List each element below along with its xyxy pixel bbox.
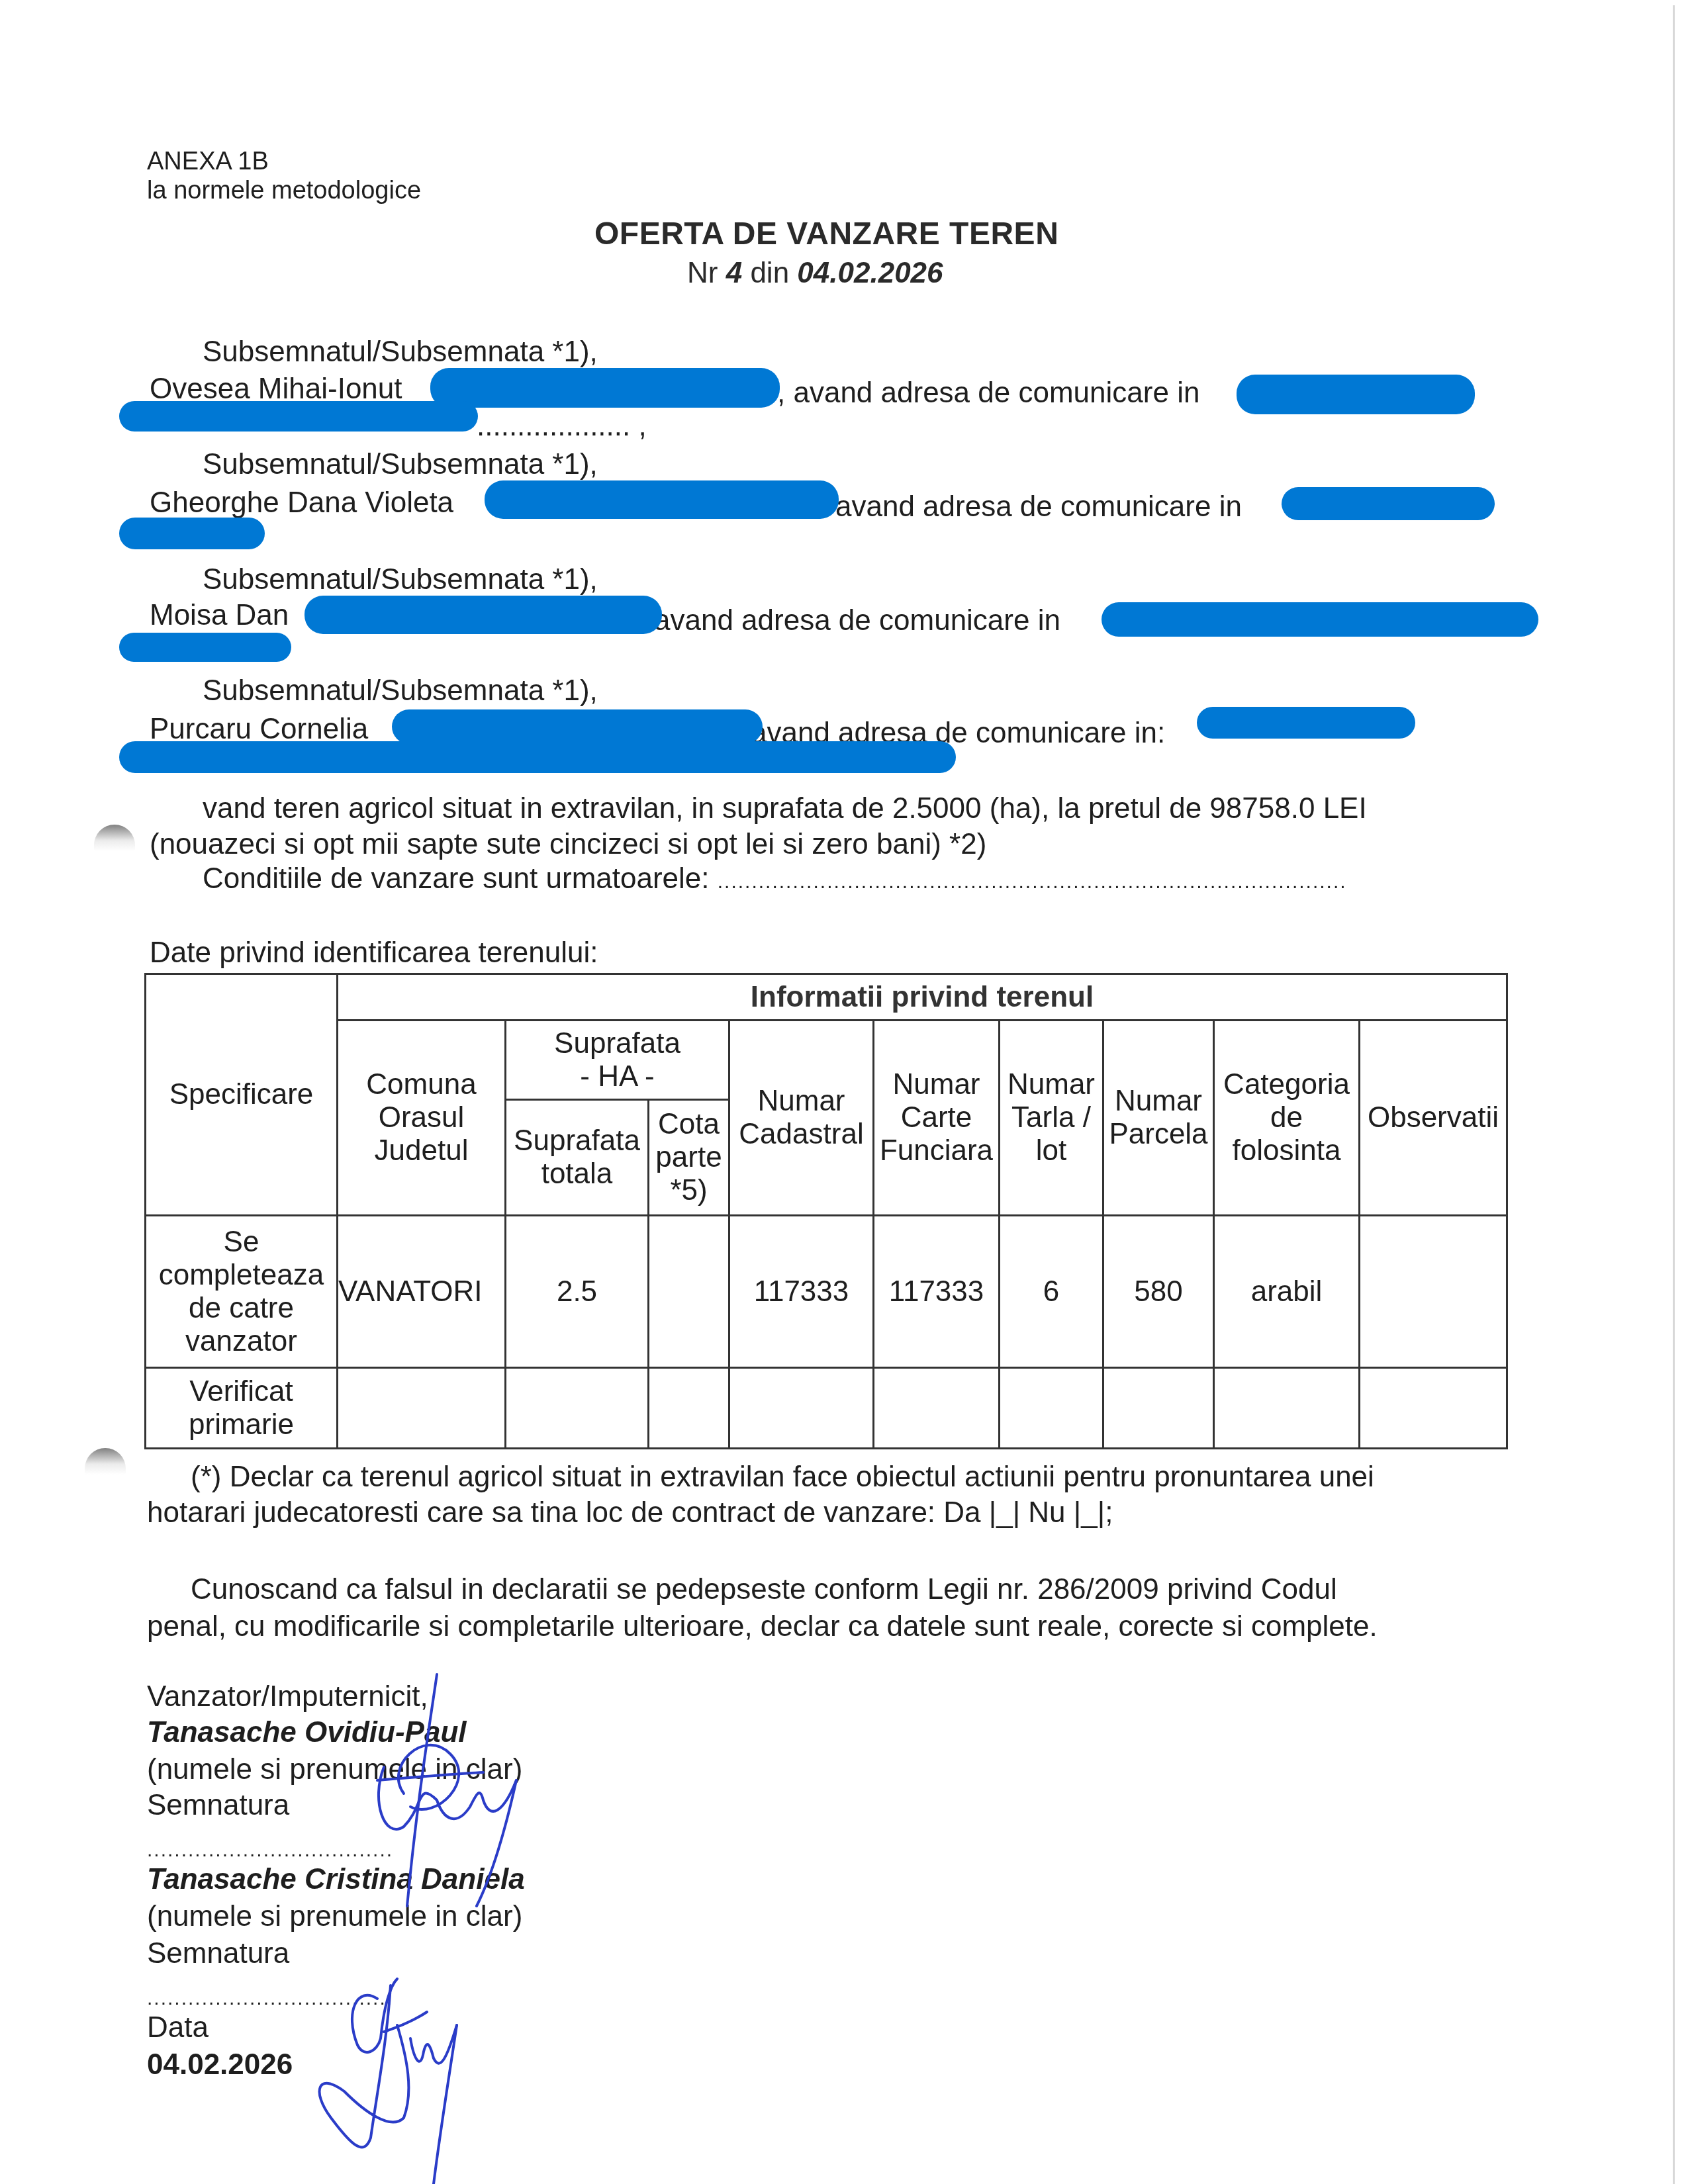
header-text: - HA - [506, 1060, 728, 1093]
header-text: Numar [1104, 1085, 1213, 1118]
cell-numar-tarla: 6 [1000, 1216, 1103, 1368]
header-text: Suprafata [506, 1027, 728, 1060]
redaction-seller-4-id [392, 709, 763, 744]
cell-observatii [1360, 1368, 1507, 1449]
table-row-vanzator: Se completeaza de catre vanzator VANATOR… [146, 1216, 1507, 1368]
header-text: Suprafata [506, 1124, 647, 1158]
header-specificare: Specificare [146, 974, 338, 1216]
redaction-seller-1-id [430, 368, 780, 408]
date-value: 04.02.2026 [147, 2048, 293, 2082]
header-text: Tarla / [1000, 1101, 1102, 1134]
header-text: Carte [874, 1101, 998, 1134]
seller-2-address-label: avand adresa de comunicare in [835, 490, 1242, 524]
seller-2-intro: Subsemnatul/Subsemnata *1), [203, 447, 598, 482]
seller-3-intro: Subsemnatul/Subsemnata *1), [203, 563, 598, 597]
redaction-seller-4-address-cont [119, 741, 956, 773]
seller-4-intro: Subsemnatul/Subsemnata *1), [203, 674, 598, 708]
offer-statement: vand teren agricol situat in extravilan,… [203, 792, 1367, 826]
redaction-seller-3-address [1102, 602, 1538, 637]
redaction-seller-2-address-cont [119, 518, 265, 549]
declaration-line-1: (*) Declar ca terenul agricol situat in … [191, 1460, 1374, 1494]
row-label: Verificat primarie [146, 1368, 338, 1449]
header-text: folosinta [1215, 1134, 1358, 1167]
header-suprafata-ha: Suprafata - HA - [506, 1021, 729, 1100]
conditions-blank: ........................................… [718, 871, 1347, 893]
offer-date: 04.02.2026 [797, 257, 943, 289]
row-label-text: de catre [146, 1292, 336, 1325]
punch-hole-mark [94, 825, 135, 851]
cell-numar-parcela [1103, 1368, 1214, 1449]
cell-numar-tarla [1000, 1368, 1103, 1449]
redaction-seller-3-id [305, 596, 662, 634]
header-suprafata-totala: Suprafata totala [506, 1100, 649, 1216]
header-text: parte [649, 1141, 728, 1174]
header-text: totala [506, 1158, 647, 1191]
cell-categoria: arabil [1214, 1216, 1360, 1368]
signer-2-sign-label: Semnatura [147, 1936, 289, 1971]
header-cota-parte: Cota parte *5) [649, 1100, 729, 1216]
seller-3-address-label: avand adresa de comunicare in [654, 604, 1060, 638]
table-caption: Date privind identificarea terenului: [150, 936, 598, 970]
seller-1-address-label: , avand adresa de comunicare in [777, 376, 1199, 410]
redaction-seller-2-address [1282, 487, 1495, 520]
seller-1-intro: Subsemnatul/Subsemnata *1), [203, 335, 598, 369]
redaction-seller-4-address [1197, 707, 1415, 739]
header-text: Numar [1000, 1068, 1102, 1101]
header-text: Comuna [338, 1068, 504, 1101]
header-text: lot [1000, 1134, 1102, 1167]
offer-price-words: (nouazeci si opt mii sapte sute cincizec… [150, 827, 986, 862]
header-text: Orasul [338, 1101, 504, 1134]
seller-1-line2-tail: ................... , [477, 409, 647, 443]
row-label-text: primarie [146, 1408, 336, 1441]
header-text: Numar [874, 1068, 998, 1101]
header-observatii: Observatii [1360, 1021, 1507, 1216]
din-label: din [750, 257, 789, 289]
row-label: Se completeaza de catre vanzator [146, 1216, 338, 1368]
header-text: Parcela [1104, 1118, 1213, 1151]
cell-comuna: VANATORI [338, 1216, 506, 1368]
header-text: Judetul [338, 1134, 504, 1167]
header-text: Funciara [874, 1134, 998, 1167]
header-text: Cadastral [730, 1118, 872, 1151]
signer-1-sign-label: Semnatura [147, 1788, 289, 1823]
signature-1-icon [344, 1668, 556, 1919]
header-categoria-folosinta: Categoria de folosinta [1214, 1021, 1360, 1216]
cell-numar-parcela: 580 [1103, 1216, 1214, 1368]
declaration-line-2: hotarari judecatoresti care sa tina loc … [147, 1496, 1113, 1530]
row-label-text: Se [146, 1226, 336, 1259]
redaction-seller-2-id [485, 480, 839, 519]
cell-numar-carte-funciara [874, 1368, 1000, 1449]
cell-numar-cadastral: 117333 [729, 1216, 874, 1368]
land-identification-table: Specificare Informatii privind terenul C… [144, 973, 1508, 1449]
header-comuna: Comuna Orasul Judetul [338, 1021, 506, 1216]
signature-2-icon [291, 1959, 503, 2184]
conditions-label: Conditiile de vanzare sunt urmatoarele: … [203, 862, 1347, 899]
table-row-primarie: Verificat primarie [146, 1368, 1507, 1449]
header-text: Categoria [1215, 1068, 1358, 1101]
number-prefix: Nr [687, 257, 718, 289]
annex-sublabel: la normele metodologice [147, 173, 421, 208]
row-label-text: Verificat [146, 1375, 336, 1408]
header-numar-tarla: Numar Tarla / lot [1000, 1021, 1103, 1216]
cell-cota-parte [649, 1368, 729, 1449]
legal-line-1: Cunoscand ca falsul in declaratii se ped… [191, 1572, 1337, 1607]
document-title: OFERTA DE VANZARE TEREN [594, 216, 1058, 252]
cell-suprafata-totala [506, 1368, 649, 1449]
cell-numar-carte-funciara: 117333 [874, 1216, 1000, 1368]
header-text: Numar [730, 1085, 872, 1118]
row-label-text: vanzator [146, 1325, 336, 1358]
header-text: *5) [649, 1174, 728, 1207]
cell-numar-cadastral [729, 1368, 874, 1449]
header-numar-carte-funciara: Numar Carte Funciara [874, 1021, 1000, 1216]
conditions-text: Conditiile de vanzare sunt urmatoarele: [203, 862, 710, 895]
redaction-seller-1-address [1237, 375, 1475, 414]
cell-cota-parte [649, 1216, 729, 1368]
seller-2-name: Gheorghe Dana Violeta [150, 486, 453, 520]
redaction-seller-1-address-cont [119, 401, 478, 432]
cell-observatii [1360, 1216, 1507, 1368]
document-number-line: Nr 4 din 04.02.2026 [687, 257, 943, 290]
date-label: Data [147, 2011, 209, 2045]
punch-hole-mark [85, 1448, 126, 1475]
seller-3-name: Moisa Dan [150, 598, 289, 633]
cell-suprafata-totala: 2.5 [506, 1216, 649, 1368]
header-text: Cota [649, 1108, 728, 1141]
header-numar-parcela: Numar Parcela [1103, 1021, 1214, 1216]
redaction-seller-3-address-cont [119, 633, 291, 662]
header-informatii-teren: Informatii privind terenul [338, 974, 1507, 1021]
legal-line-2: penal, cu modificarile si completarile u… [147, 1610, 1378, 1644]
scan-edge [1673, 5, 1675, 2184]
offer-number: 4 [726, 257, 742, 289]
header-numar-cadastral: Numar Cadastral [729, 1021, 874, 1216]
cell-comuna [338, 1368, 506, 1449]
cell-categoria [1214, 1368, 1360, 1449]
header-text: de [1215, 1101, 1358, 1134]
row-label-text: completeaza [146, 1259, 336, 1292]
